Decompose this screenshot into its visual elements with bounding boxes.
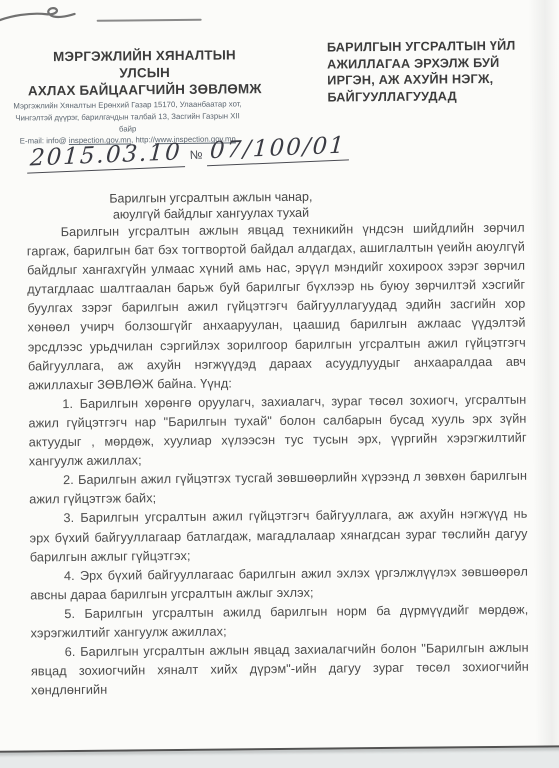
- list-item: 5. Барилгын угсралтын ажилд барилгын нор…: [30, 601, 528, 644]
- list-item: 4. Эрх бүхий байгууллагаас барилгын ажил…: [30, 562, 528, 605]
- addressee-line: ИРГЭН, АЖ АХУЙН НЭГЖ,: [327, 71, 532, 90]
- list-item: 2. Барилгын ажил гүйцэтгэх тусгай зөвшөө…: [29, 467, 527, 510]
- scanned-document: МЭРГЭЖЛИЙН ХЯНАЛТЫН УЛСЫН АХЛАХ БАЙЦААГЧ…: [0, 0, 559, 768]
- pen-dash-mark: [97, 19, 202, 22]
- org-name-line: МЭРГЭЖЛИЙН ХЯНАЛТЫН УЛСЫН: [27, 46, 262, 82]
- letterhead-right: БАРИЛГЫН УГСРАЛТЫН ҮЙЛ АЖИЛЛАГАА ЭРХЭЛЖ …: [327, 38, 533, 106]
- addressee-line: БАРИЛГЫН УГСРАЛТЫН ҮЙЛ: [327, 38, 532, 57]
- intro-paragraph: Барилгын угсралтын ажлын явцад техникийн…: [27, 219, 527, 396]
- org-name: МЭРГЭЖЛИЙН ХЯНАЛТЫН УЛСЫН АХЛАХ БАЙЦААГЧ…: [27, 46, 262, 99]
- letter-body: Барилгын угсралтын ажлын явцад техникийн…: [27, 219, 530, 701]
- addressee-line: АЖИЛЛАГАА ЭРХЭЛЖ БУЙ: [327, 54, 532, 73]
- addressee-line: БАЙГУУЛЛАГУУДАД: [327, 87, 532, 106]
- list-item: 3. Барилгын угсралтын ажил гүйцэтгэгч ба…: [29, 505, 528, 567]
- org-name-line: АХЛАХ БАЙЦААГЧИЙН ЗӨВЛӨМЖ: [27, 80, 262, 99]
- address-line: Чингэлтэй дүүрэг, барилгачдын талбай 13,…: [8, 110, 248, 136]
- handwritten-ref-number: 07/100/01: [207, 132, 351, 166]
- scan-edge-shadow: [528, 0, 559, 746]
- pen-scribble-mark: [0, 6, 79, 29]
- document-page: МЭРГЭЖЛИЙН ХЯНАЛТЫН УЛСЫН АХЛАХ БАЙЦААГЧ…: [0, 0, 559, 753]
- handwritten-date: 2015.03.10: [27, 139, 186, 174]
- number-symbol: №: [189, 147, 202, 162]
- list-item: 1. Барилгын хөрөнгө оруулагч, захиалагч,…: [28, 390, 527, 471]
- list-item: 6. Барилгын угсралтын ажлын явцад захиал…: [31, 639, 530, 701]
- letterhead-left: МЭРГЭЖЛИЙН ХЯНАЛТЫН УЛСЫН АХЛАХ БАЙЦААГЧ…: [27, 46, 262, 99]
- subject-line: Барилгын угсралтын ажлын чанар, аюулгүй …: [83, 188, 338, 223]
